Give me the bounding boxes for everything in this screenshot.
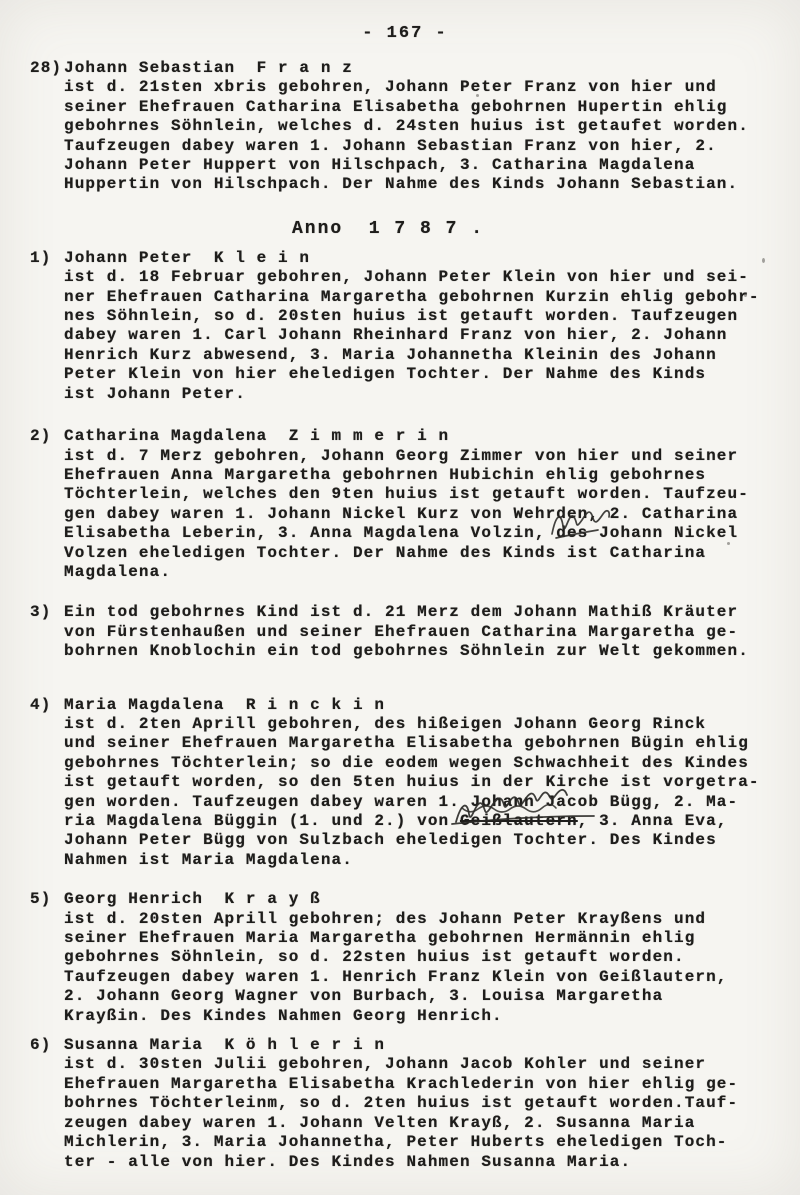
entry-body: Johann Peter K l e i n ist d. 18 Februar… [64, 249, 790, 404]
entry-line: und seiner Ehefrauen Margaretha Elisabet… [64, 734, 790, 753]
entry-body: Catharina Magdalena Z i m m e r i n ist … [64, 427, 790, 582]
entry-lines: ist d. 21sten xbris gebohren, Johann Pet… [64, 78, 790, 194]
entry-line: Magdalena. [64, 563, 790, 582]
register-entry: 6) Susanna Maria K ö h l e r i n ist d. … [30, 1036, 790, 1172]
entry-line: bohrnes Töchterleinm, so d. 2ten huius i… [64, 1094, 790, 1113]
entry-title: Catharina Magdalena Z i m m e r i n [64, 427, 790, 446]
scan-speckle [476, 94, 479, 97]
entry-line: zeugen dabey waren 1. Johann Velten Kray… [64, 1114, 790, 1133]
entry-line: Taufzeugen dabey waren 1. Johann Sebasti… [64, 137, 790, 156]
entry-number: 5) [30, 890, 64, 909]
entry-line: Volzen eheledigen Tochter. Der Nahme des… [64, 544, 790, 563]
line-text: , 3. Anna Eva, [578, 812, 728, 830]
entry-number: 28) [30, 59, 64, 78]
entry-lines: ist d. 2ten Aprill gebohren, des hißeige… [64, 715, 790, 870]
entry-line: Michlerin, 3. Maria Johannetha, Peter Hu… [64, 1133, 790, 1152]
entry-lines: ist d. 20sten Aprill gebohren; des Johan… [64, 910, 790, 1026]
entry-number: 3) [30, 603, 64, 622]
entry-line: ist d. 7 Merz gebohren, Johann Georg Zim… [64, 447, 790, 466]
entry-body: Susanna Maria K ö h l e r i n ist d. 30s… [64, 1036, 790, 1172]
entry-title: Georg Henrich K r a y ß [64, 890, 790, 909]
entry-lines: ist d. 7 Merz gebohren, Johann Georg Zim… [64, 447, 790, 583]
entry-lines: ist d. 18 Februar gebohren, Johann Peter… [64, 268, 790, 404]
entry-body: Maria Magdalena R i n c k i n ist d. 2te… [64, 696, 790, 871]
entry-line: ist Johann Peter. [64, 385, 790, 404]
scan-speckle [727, 542, 730, 545]
scan-speckle [762, 258, 765, 263]
entry-line: Taufzeugen dabey waren 1. Henrich Franz … [64, 968, 790, 987]
entry-title: Johann Peter K l e i n [64, 249, 790, 268]
entry-title: Susanna Maria K ö h l e r i n [64, 1036, 790, 1055]
entry-line: Ehefrauen Margaretha Elisabetha Krachled… [64, 1075, 790, 1094]
entry-line: Johann Peter Huppert von Hilschpach, 3. … [64, 156, 790, 175]
entry-line: gen worden. Taufzeugen dabey waren 1. Jo… [64, 793, 790, 812]
entry-lines: ist d. 30sten Julii gebohren, Johann Jac… [64, 1055, 790, 1171]
entry-line: ist d. 2ten Aprill gebohren, des hißeige… [64, 715, 790, 734]
entry-line: Nahmen ist Maria Magdalena. [64, 851, 790, 870]
entry-line: Töchterlein, welches den 9ten huius ist … [64, 485, 790, 504]
entry-line: seiner Ehefrauen Catharina Elisabetha ge… [64, 98, 790, 117]
entry-line: Johann Peter Bügg von Sulzbach eheledige… [64, 831, 790, 850]
entry-line: 2. Johann Georg Wagner von Burbach, 3. L… [64, 987, 790, 1006]
entry-line: dabey waren 1. Carl Johann Rheinhard Fra… [64, 326, 790, 345]
entry-number: 2) [30, 427, 64, 446]
entry-line: ist d. 20sten Aprill gebohren; des Johan… [64, 910, 790, 929]
page-number: - 167 - [25, 24, 785, 43]
entry-line: ner Ehefrauen Catharina Margaretha geboh… [64, 288, 790, 307]
entry-body: Johann Sebastian F r a n z ist d. 21sten… [64, 59, 790, 195]
entries-1787: 1) Johann Peter K l e i n ist d. 18 Febr… [30, 249, 790, 1172]
line-text: ria Magdalena Büggin (1. und 2.) von [64, 812, 460, 830]
entries-before-heading: 28) Johann Sebastian F r a n z ist d. 21… [30, 59, 790, 195]
scan-speckle [744, 293, 747, 297]
entry-line: gebohrnes Töchterlein; so die eodem wege… [64, 754, 790, 773]
document-page: - 167 - 28) Johann Sebastian F r a n z i… [0, 0, 800, 1195]
register-entry: 1) Johann Peter K l e i n ist d. 18 Febr… [30, 249, 790, 404]
entry-lines: Ein tod gebohrnes Kind ist d. 21 Merz de… [64, 603, 790, 661]
entry-line: ist d. 30sten Julii gebohren, Johann Jac… [64, 1055, 790, 1074]
register-entry: 4) Maria Magdalena R i n c k i n ist d. … [30, 696, 790, 871]
entry-number: 1) [30, 249, 64, 268]
register-entry: 3) Ein tod gebohrnes Kind ist d. 21 Merz… [30, 603, 790, 661]
entry-line: Ehefrauen Anna Margaretha gebohrnen Hubi… [64, 466, 790, 485]
entry-line: ter - alle von hier. Des Kindes Nahmen S… [64, 1153, 790, 1172]
entry-line: gebohrnes Söhnlein, welches d. 24sten hu… [64, 117, 790, 136]
anno-heading: Anno 1 7 8 7 . [8, 219, 768, 239]
entry-line: von Fürstenhaußen und seiner Ehefrauen C… [64, 623, 790, 642]
entry-line: Krayßin. Des Kindes Nahmen Georg Henrich… [64, 1007, 790, 1026]
entry-line: ist d. 21sten xbris gebohren, Johann Pet… [64, 78, 790, 97]
entry-line: gen dabey waren 1. Johann Nickel Kurz vo… [64, 505, 790, 524]
entry-line: Henrich Kurz abwesend, 3. Maria Johannet… [64, 346, 790, 365]
struck-place-name: Geißlautern [460, 812, 578, 830]
entry-line: Elisabetha Leberin, 3. Anna Magdalena Vo… [64, 524, 790, 543]
entry-line: ist getauft worden, so den 5ten huius in… [64, 773, 790, 792]
entry-line: seiner Ehefrauen Maria Margaretha gebohr… [64, 929, 790, 948]
entry-number: 6) [30, 1036, 64, 1055]
entry-body: Georg Henrich K r a y ß ist d. 20sten Ap… [64, 890, 790, 1026]
entry-line: ria Magdalena Büggin (1. und 2.) von Gei… [64, 812, 790, 831]
register-entry: 5) Georg Henrich K r a y ß ist d. 20sten… [30, 890, 790, 1026]
entry-number: 4) [30, 696, 64, 715]
entry-line: nes Söhnlein, so d. 20sten huius ist get… [64, 307, 790, 326]
entry-title: Johann Sebastian F r a n z [64, 59, 790, 78]
entry-line: Ein tod gebohrnes Kind ist d. 21 Merz de… [64, 603, 790, 622]
entry-line: Peter Klein von hier eheledigen Tochter.… [64, 365, 790, 384]
register-entry: 2) Catharina Magdalena Z i m m e r i n i… [30, 427, 790, 582]
register-entry: 28) Johann Sebastian F r a n z ist d. 21… [30, 59, 790, 195]
entry-title: Maria Magdalena R i n c k i n [64, 696, 790, 715]
entry-line: gebohrnes Söhnlein, so d. 22sten huius i… [64, 948, 790, 967]
entry-line: Huppertin von Hilschpach. Der Nahme des … [64, 175, 790, 194]
entry-line: bohrnen Knoblochin ein tod gebohrnes Söh… [64, 642, 790, 661]
entry-line: ist d. 18 Februar gebohren, Johann Peter… [64, 268, 790, 287]
entry-body: Ein tod gebohrnes Kind ist d. 21 Merz de… [64, 603, 790, 661]
